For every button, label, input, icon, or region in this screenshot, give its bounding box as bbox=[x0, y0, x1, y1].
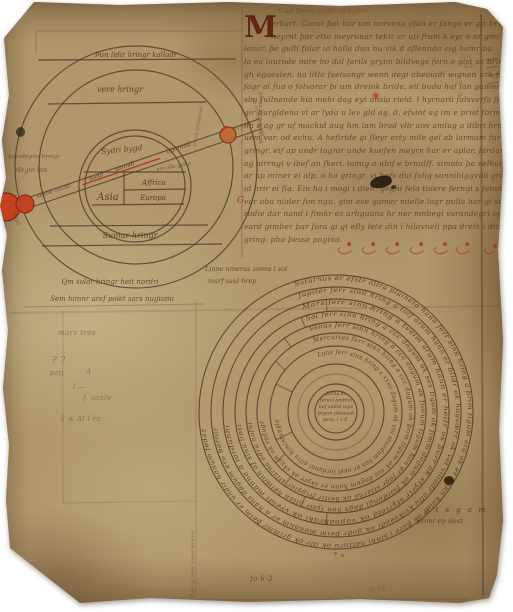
parchment-surface: senna cauoti bond sanndi tiganind þil fi… bbox=[0, 0, 513, 612]
right-margin-mark: fco bbox=[461, 53, 470, 60]
earth-line: þrgun plasnadi bbox=[318, 411, 355, 417]
marginal-scribble: l — bbox=[73, 383, 86, 391]
sun-disc-small bbox=[16, 195, 34, 213]
zone-chord-top bbox=[38, 59, 236, 60]
earth-line: pera. l v E. bbox=[323, 417, 350, 423]
text-line: var uba nialer fon ngu. gim ave gamer mi… bbox=[244, 196, 502, 209]
marginal-scribble: f. saalv bbox=[83, 394, 111, 402]
zone-summer-label: Sumar hringr bbox=[103, 231, 159, 240]
to-map-europa-label: Europa bbox=[139, 194, 166, 202]
corner-letters: g t s g c m bbox=[424, 505, 488, 514]
text-line: heyrnt þar etta meyrunar tekiz er uti fr… bbox=[244, 31, 502, 44]
band-label-word2: tiganind bbox=[165, 141, 191, 156]
text-block-heading: C ad Deum pyplir ap hyrnn bbox=[244, 5, 502, 18]
text-line: ag airrngi v ibef an fkeri. iamig a ubif… bbox=[244, 158, 502, 171]
parchment-sheet: senna cauoti bond sanndi tiganind þil fi… bbox=[0, 0, 513, 612]
text-line: rodie dar nand i fimkr ez arhguana hr ne… bbox=[244, 208, 502, 221]
marginal-scribble: Λ bbox=[86, 368, 91, 376]
rule-bottom bbox=[196, 599, 468, 600]
text-line: nu e ag gr uf mackid aug hm lam brad vli… bbox=[244, 120, 502, 133]
zone-left-label-1: Jaundegris hringr bbox=[7, 154, 61, 160]
vertical-micro-text: lid ger af leone capud bera lvii bbox=[190, 530, 196, 600]
earth-line: feracl ambini bbox=[319, 398, 353, 404]
red-fleck-icon bbox=[341, 554, 344, 557]
right-margin-mark: o bbox=[459, 79, 463, 86]
zone-outer-label: Þun lidir hringr kalladr bbox=[94, 51, 178, 59]
band-label-word1: bond bbox=[88, 171, 105, 183]
zone-right-vertical-label: skamdegis hringr bbox=[191, 107, 204, 148]
zone-chord-lower bbox=[50, 225, 208, 226]
text-line: vard gimber þar fora gi gi efly lete din… bbox=[244, 221, 502, 234]
marginal-scribble: marv tros bbox=[58, 329, 96, 337]
ink-blot bbox=[16, 127, 25, 137]
earth-line: Jorlla er bbox=[325, 391, 346, 397]
marginal-scribble: fo 6-3 bbox=[250, 575, 273, 583]
text-line: uem var. od echu. A hefiride gi fleyr er… bbox=[244, 132, 502, 145]
to-map-asia-label: Asia bbox=[96, 192, 119, 203]
right-margin-mark: k.st bbox=[464, 63, 475, 70]
zone-below-line-1: Qm solar hringr heit nordri bbox=[61, 278, 158, 286]
marginal-scribble: prij bbox=[50, 369, 64, 377]
rule-mid-left bbox=[24, 304, 204, 307]
planet-note-line2: marf saul hrep bbox=[208, 277, 257, 285]
zone-below-line-2: Sem himnr aref polet sars nugiomi bbox=[50, 295, 174, 303]
main-text-block: C ad Deum pyplir ap hyrnn erhart. Canst … bbox=[244, 5, 502, 246]
text-line: erhart. Canst þat har um norvenu ofan er… bbox=[244, 18, 502, 31]
planet-note-line1: Linne umerus sonns i sol bbox=[204, 265, 287, 273]
red-fleck-icon bbox=[334, 552, 337, 555]
text-line: gh egaeslen. ha litla faelsongr wenn deg… bbox=[244, 69, 502, 82]
to-map-bottom-line bbox=[92, 204, 184, 205]
manuscript-page: senna cauoti bond sanndi tiganind þil fi… bbox=[0, 0, 513, 612]
marginal-scribble: ? ? bbox=[52, 356, 66, 366]
right-margin-mark: ω bbox=[458, 91, 463, 98]
ink-blot bbox=[444, 476, 454, 485]
illuminated-initial: M bbox=[244, 13, 277, 43]
corner-note: primr ep slest bbox=[417, 517, 463, 525]
text-line: gringr. eif ap undr tagnir unde kuefen m… bbox=[244, 145, 502, 158]
zone-chord-upper bbox=[48, 102, 206, 104]
to-map-mid-line bbox=[124, 189, 186, 190]
red-bullet-ornament-icon: ◉ bbox=[372, 91, 380, 101]
to-map-africa-label: Affrica bbox=[141, 179, 166, 187]
zone-ring2-label: vere hringr bbox=[97, 85, 144, 94]
rule-horiz-left bbox=[63, 501, 196, 503]
earth-line: bef vallid iope bbox=[319, 404, 353, 410]
red-initial: G bbox=[237, 196, 244, 206]
zone-chord-bottom bbox=[42, 244, 222, 246]
marginal-scribble: c ?? bbox=[370, 585, 385, 593]
marginal-scribble: S w Al l ro bbox=[60, 415, 101, 423]
text-line: gir burgldena vi ar lyda u lev gld ag. d… bbox=[244, 107, 502, 120]
zone-left-label-2: Megin lan bbox=[13, 166, 47, 174]
